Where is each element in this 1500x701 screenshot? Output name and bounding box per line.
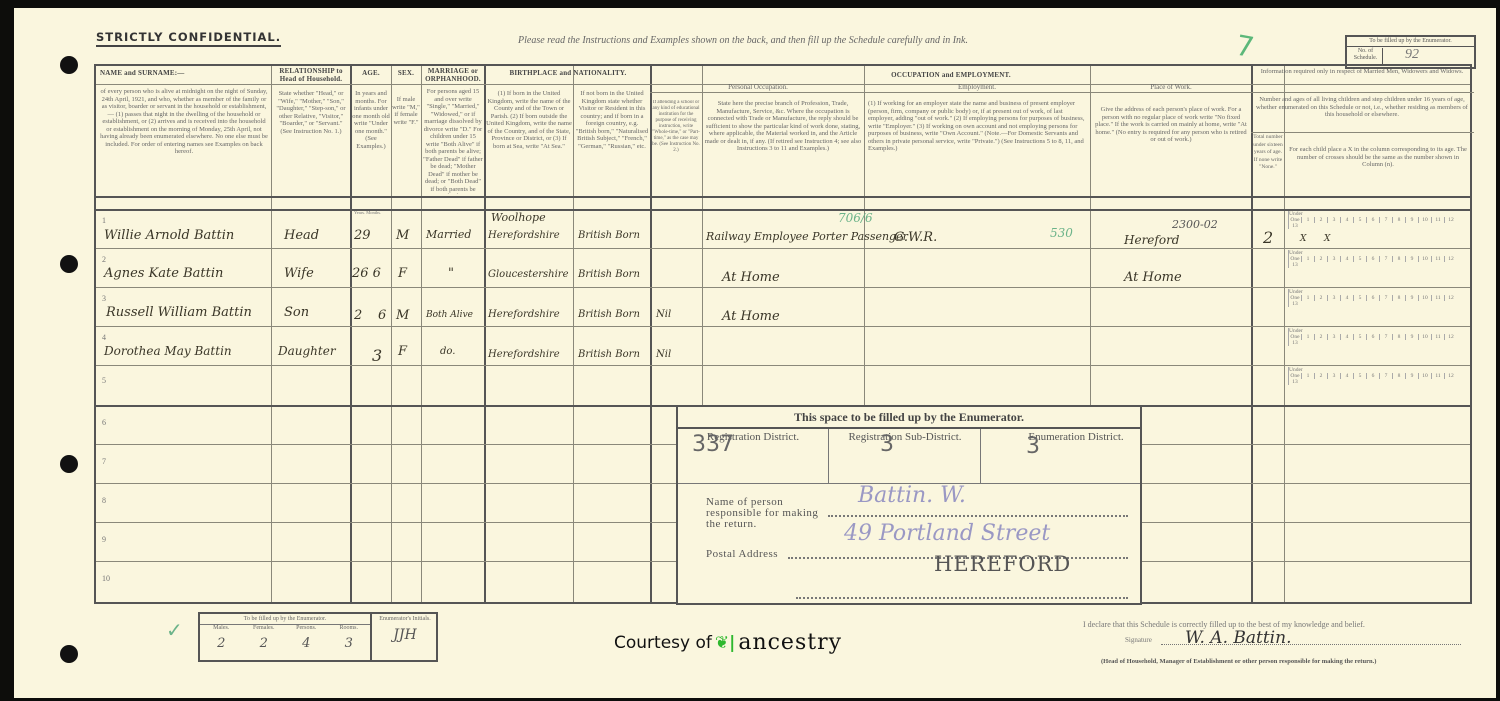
child-age-header: Under One12345678910111213 [1288,367,1468,383]
column-age-desc: In years and months. For infants under o… [352,90,390,194]
signature-label: Signature [1125,636,1152,644]
enumeration-district-label: Enumeration District. [982,429,1140,443]
row-number: 10 [102,574,110,583]
schedule-box-label: No. of Schedule. [1349,48,1383,65]
confidential-heading: STRICTLY CONFIDENTIAL. [96,30,281,47]
courtesy-watermark: Courtesy of ❦| ancestry [614,630,842,655]
row-number: 8 [102,496,106,505]
sub-district-value: 3 [880,439,894,450]
person-age-years: 2 [354,308,362,323]
person-relation: Daughter [278,344,336,358]
person-age-female: 26 6 [352,266,381,281]
row-number: 6 [102,418,106,427]
person-name: Russell William Battin [106,305,252,320]
column-relationship-title: RELATIONSHIP to Head of Household. [273,68,349,83]
schedule-number: 92 [1405,47,1419,63]
column-relationship-desc: State whether "Head," or "Wife," "Mother… [274,90,348,194]
school-attendance: Nil [656,309,671,320]
row-number: 3 [102,294,106,303]
place-of-work-title: Place of Work. [1092,84,1250,92]
school-desc: If attending a school or any kind of edu… [652,100,700,194]
personal-occupation-title: Personal Occupation. [652,84,864,92]
person-age-months: 6 [378,308,386,323]
person-relation: Son [284,305,309,320]
responsible-person-label: Name of person responsible for making th… [706,497,826,530]
instructions-line: Please read the Instructions and Example… [518,35,968,46]
punch-hole [60,645,78,663]
column-sex-desc: If male write "M," if female write "F." [392,96,420,194]
person-name: Dorothea May Battin [104,344,232,358]
person-employer: G.W.R. [894,230,937,245]
nationality: British Born [578,230,640,241]
sub-district-cell: Registration Sub-District. 3 [830,429,981,483]
birth-county: Herefordshire [488,349,560,360]
initials-label: Enumerator's Initials. [372,614,438,624]
school-attendance: Nil [656,349,671,360]
males-value: 2 [200,636,243,651]
occupation-desc: State here the precise branch of Profess… [704,100,862,194]
children-total-desc: Total number under sixteen years of age.… [1253,134,1283,194]
person-name: Willie Arnold Battin [104,228,234,243]
row-number: 9 [102,535,106,544]
males-header: Males. [200,625,243,631]
enumerator-totals-box: To be filled up by the Enumerator. Enume… [198,612,438,662]
child-age-header: Under One12345678910111213 [1288,289,1468,305]
row-number: 5 [102,376,106,385]
punch-hole [60,56,78,74]
employer-code: 530 [1050,226,1073,240]
birth-county: Herefordshire [488,230,560,241]
enumerator-box: This space to be filled up by the Enumer… [676,405,1142,605]
nationality: British Born [578,269,640,280]
rooms-value: 3 [328,636,371,651]
row-number: 1 [102,216,106,225]
initials-value: JJH [372,630,438,640]
postal-address-line: 49 Portland Street [844,521,1050,546]
child-age-header: Under One12345678910111213 [1288,250,1468,266]
persons-value: 4 [285,636,328,651]
column-nationality-desc: If not born in the United Kingdom state … [575,90,649,194]
courtesy-text: Courtesy of [614,633,712,653]
schedule-box-title: To be filled up by the Enumerator. [1347,37,1474,47]
person-relation: Head [284,228,319,243]
rooms-header: Rooms. [328,625,371,631]
birth-town: Woolhope [491,211,546,224]
totals-values: 2 2 4 3 [200,636,370,651]
place-code: 2300-02 [1172,218,1218,231]
enumerator-box-title: This space to be filled up by the Enumer… [678,407,1140,429]
occupation-code: 706/6 [838,211,873,225]
punch-hole [60,455,78,473]
children-each-desc: For each child place a X in the column c… [1288,146,1468,192]
signature-value: W. A. Battin. [1185,628,1291,648]
column-marriage-desc: For persons aged 15 and over write "Sing… [423,88,483,194]
females-value: 2 [243,636,286,651]
column-marriage-title: MARRIAGE or ORPHANHOOD. [423,68,483,83]
employment-desc: (1) If working for an employer state the… [868,100,1088,194]
sub-district-label: Registration Sub-District. [830,429,980,443]
person-sex: M [396,308,409,323]
signature-block: Signature W. A. Battin. (Head of Househo… [1125,636,1465,644]
row-number: 4 [102,333,106,342]
person-sex: F [398,344,407,359]
column-name-title: NAME and SURNAME:— [100,70,270,78]
person-marriage: do. [440,346,455,357]
postal-address-stamp: HEREFORD [934,552,1071,576]
birth-county: Gloucestershire [488,269,568,280]
birth-county: Herefordshire [488,309,560,320]
persons-header: Persons. [285,625,328,631]
person-marriage: " [448,266,454,281]
person-occupation: At Home [722,270,780,285]
column-name-desc: of every person who is alive at midnight… [100,88,268,194]
person-age-years: 29 [354,228,371,243]
initials-cell: Enumerator's Initials. JJH [370,614,438,660]
postal-address-label: Postal Address [706,549,778,560]
person-sex: M [396,228,409,243]
children-desc: Number and ages of all living children a… [1254,96,1470,130]
enumeration-district-cell: Enumeration District. 3 [982,429,1140,483]
registration-district-value: 337 [692,439,734,450]
children-total: 2 [1263,228,1273,247]
column-age-title: AGE. [352,70,390,78]
enumeration-district-value: 3 [1026,441,1040,452]
person-occupation: At Home [722,309,780,324]
responsible-person-value: Battin. W. [858,483,966,508]
row-number: 2 [102,255,106,264]
column-sex-title: SEX. [392,70,420,78]
person-age-months: 3 [372,346,382,365]
person-marriage: Both Alive [426,310,473,320]
ancestry-logo: ancestry [738,630,842,655]
place-of-work-desc: Give the address of each person's place … [1094,106,1248,194]
place-of-work: Hereford [1124,233,1180,247]
nationality: British Born [578,309,640,320]
registration-district-cell: Registration District. 337 [678,429,829,483]
row-number: 7 [102,457,106,466]
child-mark: X [1300,234,1306,244]
child-mark: X [1324,234,1330,244]
person-marriage: Married [426,228,471,241]
nationality: British Born [578,349,640,360]
column-occupation-title: OCCUPATION and EMPLOYMENT. [652,72,1250,80]
person-sex: F [398,266,407,281]
column-birthplace-desc: (1) If born in the United Kingdom, write… [486,90,572,194]
signature-note: (Head of Household, Manager of Establish… [1101,658,1376,665]
child-age-header: Under One12345678910111213 [1288,328,1468,344]
punch-hole [60,255,78,273]
person-occupation: Railway Employee Porter Passenger [706,230,908,243]
person-relation: Wife [284,266,314,281]
totals-box-title: To be filled up by the Enumerator. [200,614,370,625]
age-subheader: Years. Months. [354,210,381,215]
females-header: Females. [243,625,286,631]
column-birthplace-title: BIRTHPLACE and NATIONALITY. [486,70,650,78]
children-title: Information required only in respect of … [1253,68,1471,76]
ancestry-leaf-icon: ❦| [715,633,735,653]
person-name: Agnes Kate Battin [104,266,223,281]
totals-headers: Males. Females. Persons. Rooms. [200,625,370,631]
check-mark-icon: ✓ [166,618,183,643]
place-of-work: At Home [1124,270,1182,285]
employment-title: Employment. [866,84,1088,92]
child-age-header: Under One12345678910111213 [1288,211,1468,227]
